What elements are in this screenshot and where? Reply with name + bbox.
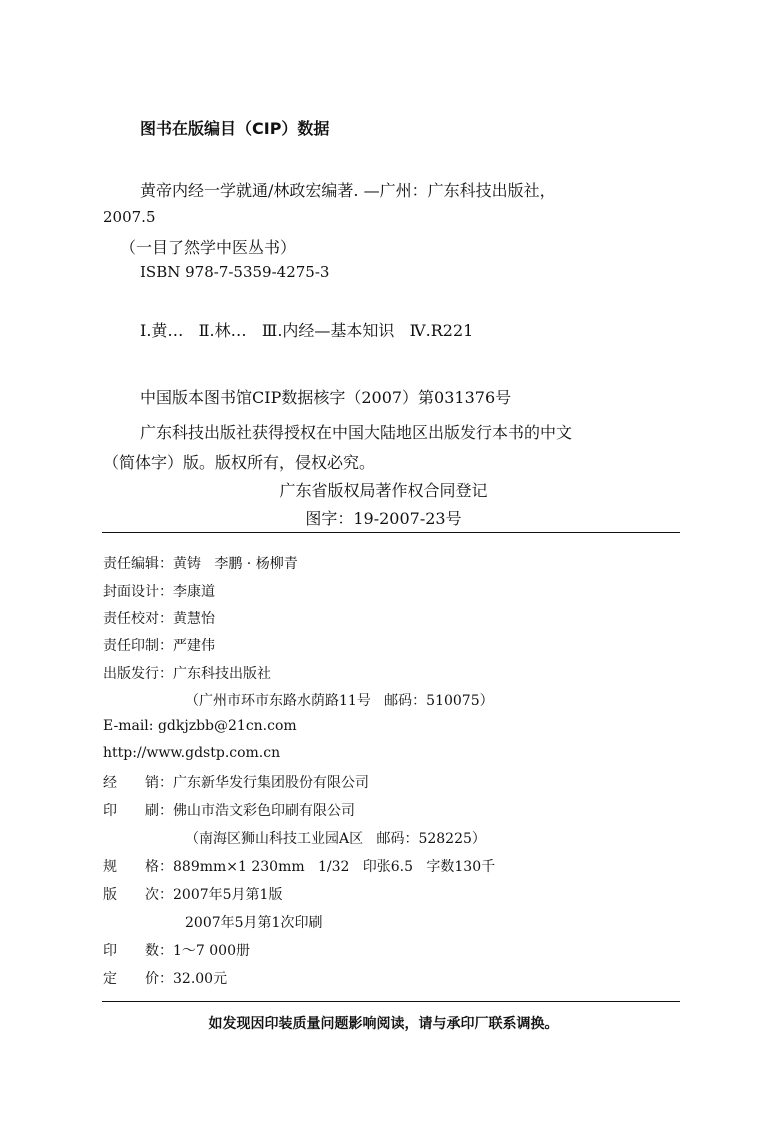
citation-line-2: 2007.5 (103, 208, 156, 226)
divider-bottom (102, 1001, 680, 1002)
credit-row: 封面设计：李康道 (103, 581, 215, 601)
spec-value: 2007年5月第1版 (173, 887, 282, 903)
spec-label: 印 刷： (103, 803, 173, 819)
spec-row: 经 销：广东新华发行集团股份有限公司 (103, 772, 369, 792)
credit-row: 出版发行：广东科技出版社 (103, 663, 271, 683)
spec-label: 印 数： (103, 943, 173, 959)
credit-value: 广东科技出版社 (173, 666, 271, 682)
credit-row: 责任编辑：黄铸 李鹏 · 杨柳青 (103, 553, 298, 573)
publisher-address: （广州市环市东路水荫路11号 邮码：510075） (185, 690, 494, 710)
cip-number: 中国版本图书馆CIP数据核字（2007）第031376号 (140, 385, 511, 408)
spec-row: 规 格：889mm×1 230mm 1/32 印张6.5 字数130千 (103, 856, 495, 876)
spec-value: 佛山市浩文彩色印刷有限公司 (173, 803, 355, 819)
credit-row: 责任印制：严建伟 (103, 635, 215, 655)
spec-label: 版 次： (103, 887, 173, 903)
spec-label: 定 价： (103, 971, 173, 987)
credit-value: 李康道 (173, 584, 215, 600)
spec-row: 版 次：2007年5月第1版 (103, 884, 282, 904)
credit-label: 责任校对： (103, 611, 173, 627)
citation-line-1: 黄帝内经一学就通/林政宏编著. —广州：广东科技出版社， (140, 178, 556, 201)
credit-value: 黄慧怡 (173, 611, 215, 627)
printing-date: 2007年5月第1次印刷 (185, 912, 322, 932)
printer-address: （南海区狮山科技工业园A区 邮码：528225） (185, 828, 486, 848)
credit-label: 封面设计： (103, 584, 173, 600)
credit-value: 严建伟 (173, 638, 215, 654)
spec-value: 广东新华发行集团股份有限公司 (173, 775, 369, 791)
spec-row: 印 数：1～7 000册 (103, 940, 250, 960)
credit-label: 责任编辑： (103, 556, 173, 572)
divider-top (102, 532, 680, 533)
isbn: ISBN 978-7-5359-4275-3 (140, 263, 329, 281)
spec-label: 经 销： (103, 775, 173, 791)
spec-value: 32.00元 (173, 971, 227, 987)
registration-line-1: 广东省版权局著作权合同登记 (0, 478, 767, 501)
spec-value: 1～7 000册 (173, 943, 250, 959)
spec-row: 印 刷：佛山市浩文彩色印刷有限公司 (103, 800, 355, 820)
registration-line-2: 图字：19-2007-23号 (0, 506, 767, 529)
rights-line-1: 广东科技出版社获得授权在中国大陆地区出版发行本书的中文 (140, 420, 572, 443)
classification: Ⅰ.黄… Ⅱ.林… Ⅲ.内经—基本知识 Ⅳ.R221 (140, 318, 473, 341)
spec-value: 889mm×1 230mm 1/32 印张6.5 字数130千 (173, 859, 495, 875)
credit-label: 责任印制： (103, 638, 173, 654)
rights-line-2: （简体字）版。版权所有，侵权必究。 (103, 450, 375, 473)
credit-label: 出版发行： (103, 666, 173, 682)
credit-row: 责任校对：黄慧怡 (103, 608, 215, 628)
spec-row: 定 价：32.00元 (103, 968, 227, 988)
spec-label: 规 格： (103, 859, 173, 875)
website: http://www.gdstp.com.cn (103, 745, 280, 761)
footer-notice: 如发现因印装质量问题影响阅读，请与承印厂联系调换。 (0, 1013, 767, 1033)
credit-value: 黄铸 李鹏 · 杨柳青 (173, 556, 298, 572)
email: E-mail: gdkjzbb@21cn.com (103, 718, 297, 734)
series-name: （一目了然学中医丛书） (120, 235, 296, 258)
cip-heading: 图书在版编目（CIP）数据 (140, 116, 329, 139)
